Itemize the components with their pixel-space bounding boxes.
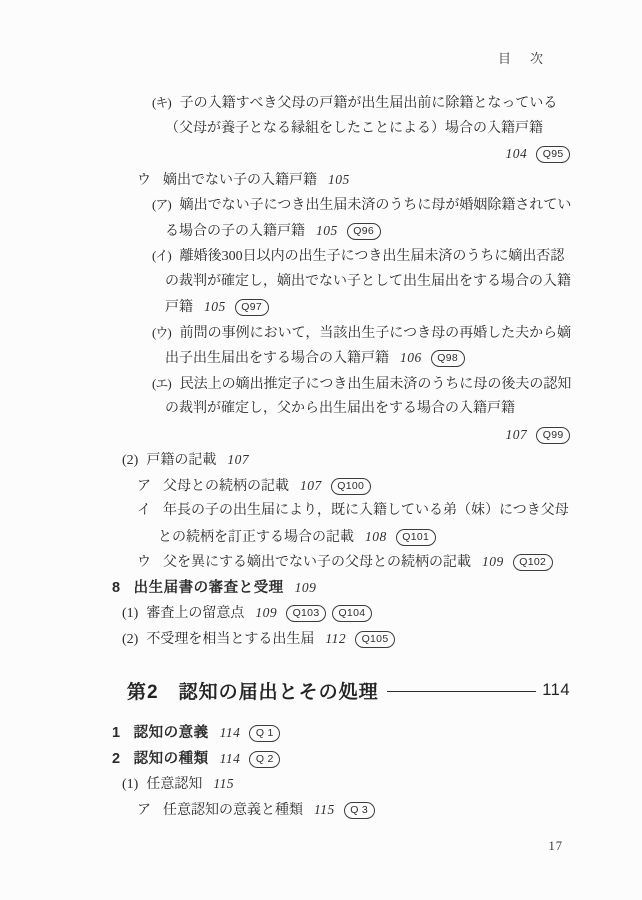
toc-text: 戸籍 <box>165 300 193 315</box>
page-ref: 115 <box>213 776 234 791</box>
page-ref: 109 <box>295 580 317 595</box>
toc-line: (エ)民法上の嫡出推定子につき出生届未済のうちに母の後夫の認知 <box>0 371 642 397</box>
toc-line: ウ父を異にする嫡出でない子の父母との続柄の記載109Q102 <box>0 549 642 575</box>
page-ref: 112 <box>325 631 346 646</box>
page-ref: 107 <box>300 478 322 493</box>
page-ref: 105 <box>328 172 350 187</box>
toc-pageref-row: 107Q99 <box>0 422 642 448</box>
chapter-title: 第2 認知の届出とその処理 <box>127 677 379 704</box>
chapter-page-ref: 114 <box>542 681 570 700</box>
toc-text: 子の入籍すべき父母の戸籍が出生届出前に除籍となっている <box>180 96 558 111</box>
toc-line: (キ)子の入籍すべき父母の戸籍が出生届出前に除籍となっている <box>0 90 642 116</box>
toc-line: る場合の子の入籍戸籍105Q96 <box>0 218 642 244</box>
page-ref: 109 <box>482 554 504 569</box>
toc-line: との続柄を訂正する場合の記載108Q101 <box>0 524 642 550</box>
toc-text: 父を異にする嫡出でない子の父母との続柄の記載 <box>163 555 471 570</box>
toc-marker: (ア) <box>152 192 171 218</box>
toc-marker: 8 <box>112 576 121 602</box>
toc-line: (イ)離婚後300日以内の出生子につき出生届未済のうちに嫡出否認 <box>0 243 642 269</box>
toc-header-title: 目 次 <box>498 48 546 67</box>
toc-marker: (イ) <box>152 243 171 269</box>
toc-line: ア任意認知の意義と種類115Q 3 <box>0 797 642 823</box>
toc-line: の裁判が確定し，嫡出でない子として出生届出をする場合の入籍 <box>0 269 642 295</box>
page-ref: 105 <box>316 223 338 238</box>
toc-section-row: 2認知の種類114Q 2 <box>0 746 642 772</box>
toc-marker: (2) <box>122 448 138 474</box>
page-ref: 105 <box>204 299 226 314</box>
page-ref: 107 <box>506 427 528 442</box>
toc-text: 嫡出でない子の入籍戸籍 <box>163 173 317 188</box>
toc-line: (1)審査上の留意点109Q103Q104 <box>0 600 642 626</box>
toc-marker: (1) <box>122 772 138 798</box>
q-badge: Q 1 <box>249 725 280 742</box>
toc-marker: イ <box>137 498 151 524</box>
toc-line: (2)戸籍の記載107 <box>0 447 642 473</box>
toc-text: 前問の事例において，当該出生子につき母の再婚した夫から嫡 <box>180 326 571 341</box>
q-badge: Q102 <box>513 554 553 571</box>
toc-section-row: 8出生届書の審査と受理109 <box>0 575 642 601</box>
toc-text: （父母が養子となる縁組をしたことによる）場合の入籍戸籍 <box>165 121 543 136</box>
toc-text: 不受理を相当とする出生届 <box>146 632 314 647</box>
toc-lines: (キ)子の入籍すべき父母の戸籍が出生届出前に除籍となっている（父母が養子となる縁… <box>0 90 642 822</box>
toc-line: (ウ)前問の事例において，当該出生子につき母の再婚した夫から嫡 <box>0 320 642 346</box>
q-badge: Q105 <box>355 631 395 648</box>
toc-text: 任意認知の意義と種類 <box>163 803 303 818</box>
toc-text: 出子出生届出をする場合の入籍戸籍 <box>165 351 389 366</box>
toc-text: 嫡出でない子につき出生届未済のうちに母が婚姻除籍されてい <box>180 198 572 213</box>
toc-text: の裁判が確定し，父から出生届出をする場合の入籍戸籍 <box>165 401 515 416</box>
page-ref: 108 <box>365 529 387 544</box>
q-badge: Q104 <box>332 605 372 622</box>
page-ref: 106 <box>400 350 422 365</box>
toc-pageref-row: 104Q95 <box>0 141 642 167</box>
q-badge: Q100 <box>331 478 371 495</box>
toc-line: 戸籍105Q97 <box>0 294 642 320</box>
q-badge: Q95 <box>536 146 570 163</box>
toc-text: との続柄を訂正する場合の記載 <box>158 530 354 545</box>
toc-text: 民法上の嫡出推定子につき出生届未済のうちに母の後夫の認知 <box>180 377 572 392</box>
page-ref: 114 <box>220 725 241 740</box>
toc-section-row: 1認知の意義114Q 1 <box>0 720 642 746</box>
toc-marker: ウ <box>137 168 151 194</box>
page-ref: 114 <box>220 751 241 766</box>
toc-text: 審査上の留意点 <box>146 606 244 621</box>
toc-text: 認知の種類 <box>134 751 209 767</box>
page-number: 17 <box>549 839 564 854</box>
page-ref: 115 <box>314 802 335 817</box>
toc-text: 出生届書の審査と受理 <box>134 580 284 596</box>
page-ref: 107 <box>227 452 249 467</box>
toc-line: ウ嫡出でない子の入籍戸籍105 <box>0 167 642 193</box>
q-badge: Q101 <box>396 529 436 546</box>
toc-text: る場合の子の入籍戸籍 <box>165 224 305 239</box>
toc-marker: ア <box>137 474 151 500</box>
q-badge: Q 2 <box>249 751 280 768</box>
toc-marker: 2 <box>112 747 121 773</box>
toc-line: (1)任意認知115 <box>0 771 642 797</box>
toc-marker: ア <box>137 798 151 824</box>
toc-marker: (1) <box>122 601 138 627</box>
toc-line: ア父母との続柄の記載107Q100 <box>0 473 642 499</box>
toc-marker: (キ) <box>152 90 171 116</box>
page-ref: 104 <box>506 146 528 161</box>
toc-text: 年長の子の出生届により，既に入籍している弟（妹）につき父母 <box>163 503 569 518</box>
q-badge: Q97 <box>235 299 269 316</box>
toc-line: の裁判が確定し，父から出生届出をする場合の入籍戸籍 <box>0 396 642 422</box>
toc-line: (ア)嫡出でない子につき出生届未済のうちに母が婚姻除籍されてい <box>0 192 642 218</box>
toc-line: イ年長の子の出生届により，既に入籍している弟（妹）につき父母 <box>0 498 642 524</box>
q-badge: Q99 <box>536 427 570 444</box>
toc-text: 離婚後300日以内の出生子につき出生届未済のうちに嫡出否認 <box>180 249 565 264</box>
toc-text: の裁判が確定し，嫡出でない子として出生届出をする場合の入籍 <box>165 274 571 289</box>
page-ref: 109 <box>255 605 277 620</box>
toc-text: 戸籍の記載 <box>146 453 216 468</box>
chapter-heading-row: 第2 認知の届出とその処理114 <box>127 673 570 707</box>
toc-marker: ウ <box>137 550 151 576</box>
toc-marker: (ウ) <box>152 320 171 346</box>
q-badge: Q 3 <box>344 802 375 819</box>
toc-marker: 1 <box>112 721 121 747</box>
toc-text: 任意認知 <box>146 777 202 792</box>
chapter-leader-line <box>387 691 537 692</box>
q-badge: Q98 <box>431 350 465 367</box>
toc-marker: (2) <box>122 627 138 653</box>
toc-text: 認知の意義 <box>134 725 209 741</box>
q-badge: Q103 <box>286 605 326 622</box>
toc-line: 出子出生届出をする場合の入籍戸籍106Q98 <box>0 345 642 371</box>
toc-text: 父母との続柄の記載 <box>163 479 289 494</box>
toc-line: (2)不受理を相当とする出生届112Q105 <box>0 626 642 652</box>
q-badge: Q96 <box>347 223 381 240</box>
toc-marker: (エ) <box>152 371 171 397</box>
toc-line: （父母が養子となる縁組をしたことによる）場合の入籍戸籍 <box>0 116 642 142</box>
